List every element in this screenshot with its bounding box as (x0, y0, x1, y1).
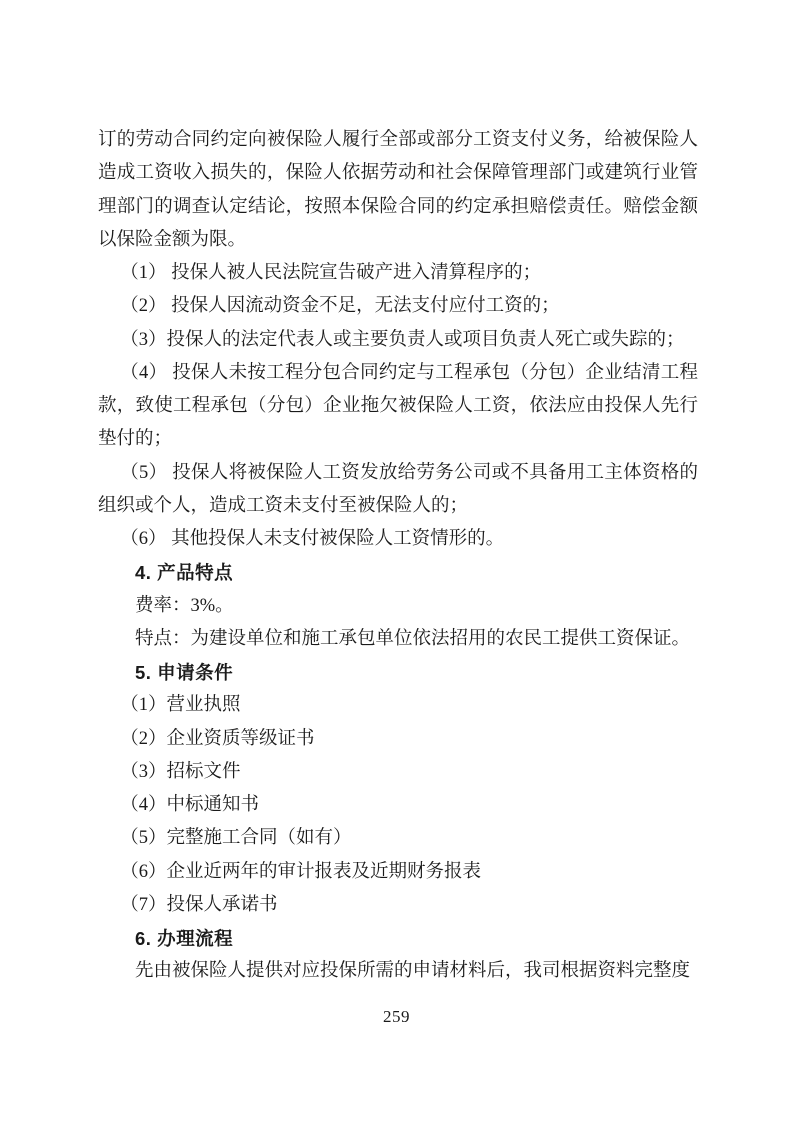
section-heading: 4. 产品特点 (98, 556, 698, 589)
list-item: （5）完整施工合同（如有） (98, 822, 698, 855)
list-item: （2）企业资质等级证书 (98, 723, 698, 756)
section-heading: 6. 办理流程 (98, 922, 698, 955)
list-item: （4）中标通知书 (98, 789, 698, 822)
paragraph: 特点：为建设单位和施工承包单位依法招用的农民工提供工资保证。 (98, 623, 698, 656)
list-item: （1）营业执照 (98, 689, 698, 722)
paragraph: 费率：3%。 (98, 590, 698, 623)
list-item: （5） 投保人将被保险人工资发放给劳务公司或不具备用工主体资格的组织或个人，造成… (98, 457, 698, 524)
list-item: （1） 投保人被人民法院宣告破产进入清算程序的； (98, 257, 698, 290)
list-item: （7）投保人承诺书 (98, 889, 698, 922)
list-item: （4） 投保人未按工程分包合同约定与工程承包（分包）企业结清工程款，致使工程承包… (98, 357, 698, 457)
list-item: （2） 投保人因流动资金不足，无法支付应付工资的； (98, 290, 698, 323)
paragraph: 订的劳动合同约定向被保险人履行全部或部分工资支付义务，给被保险人造成工资收入损失… (98, 124, 698, 257)
list-item: （3）投保人的法定代表人或主要负责人或项目负责人死亡或失踪的； (98, 324, 698, 357)
paragraph: 先由被保险人提供对应投保所需的申请材料后，我司根据资料完整度 (98, 955, 698, 988)
section-heading: 5. 申请条件 (98, 656, 698, 689)
list-item: （6）企业近两年的审计报表及近期财务报表 (98, 856, 698, 889)
list-item: （6） 其他投保人未支付被保险人工资情形的。 (98, 523, 698, 556)
document-page: 订的劳动合同约定向被保险人履行全部或部分工资支付义务，给被保险人造成工资收入损失… (0, 0, 793, 1122)
page-content: 订的劳动合同约定向被保险人履行全部或部分工资支付义务，给被保险人造成工资收入损失… (98, 124, 698, 989)
page-number: 259 (0, 1007, 793, 1027)
list-item: （3）招标文件 (98, 756, 698, 789)
